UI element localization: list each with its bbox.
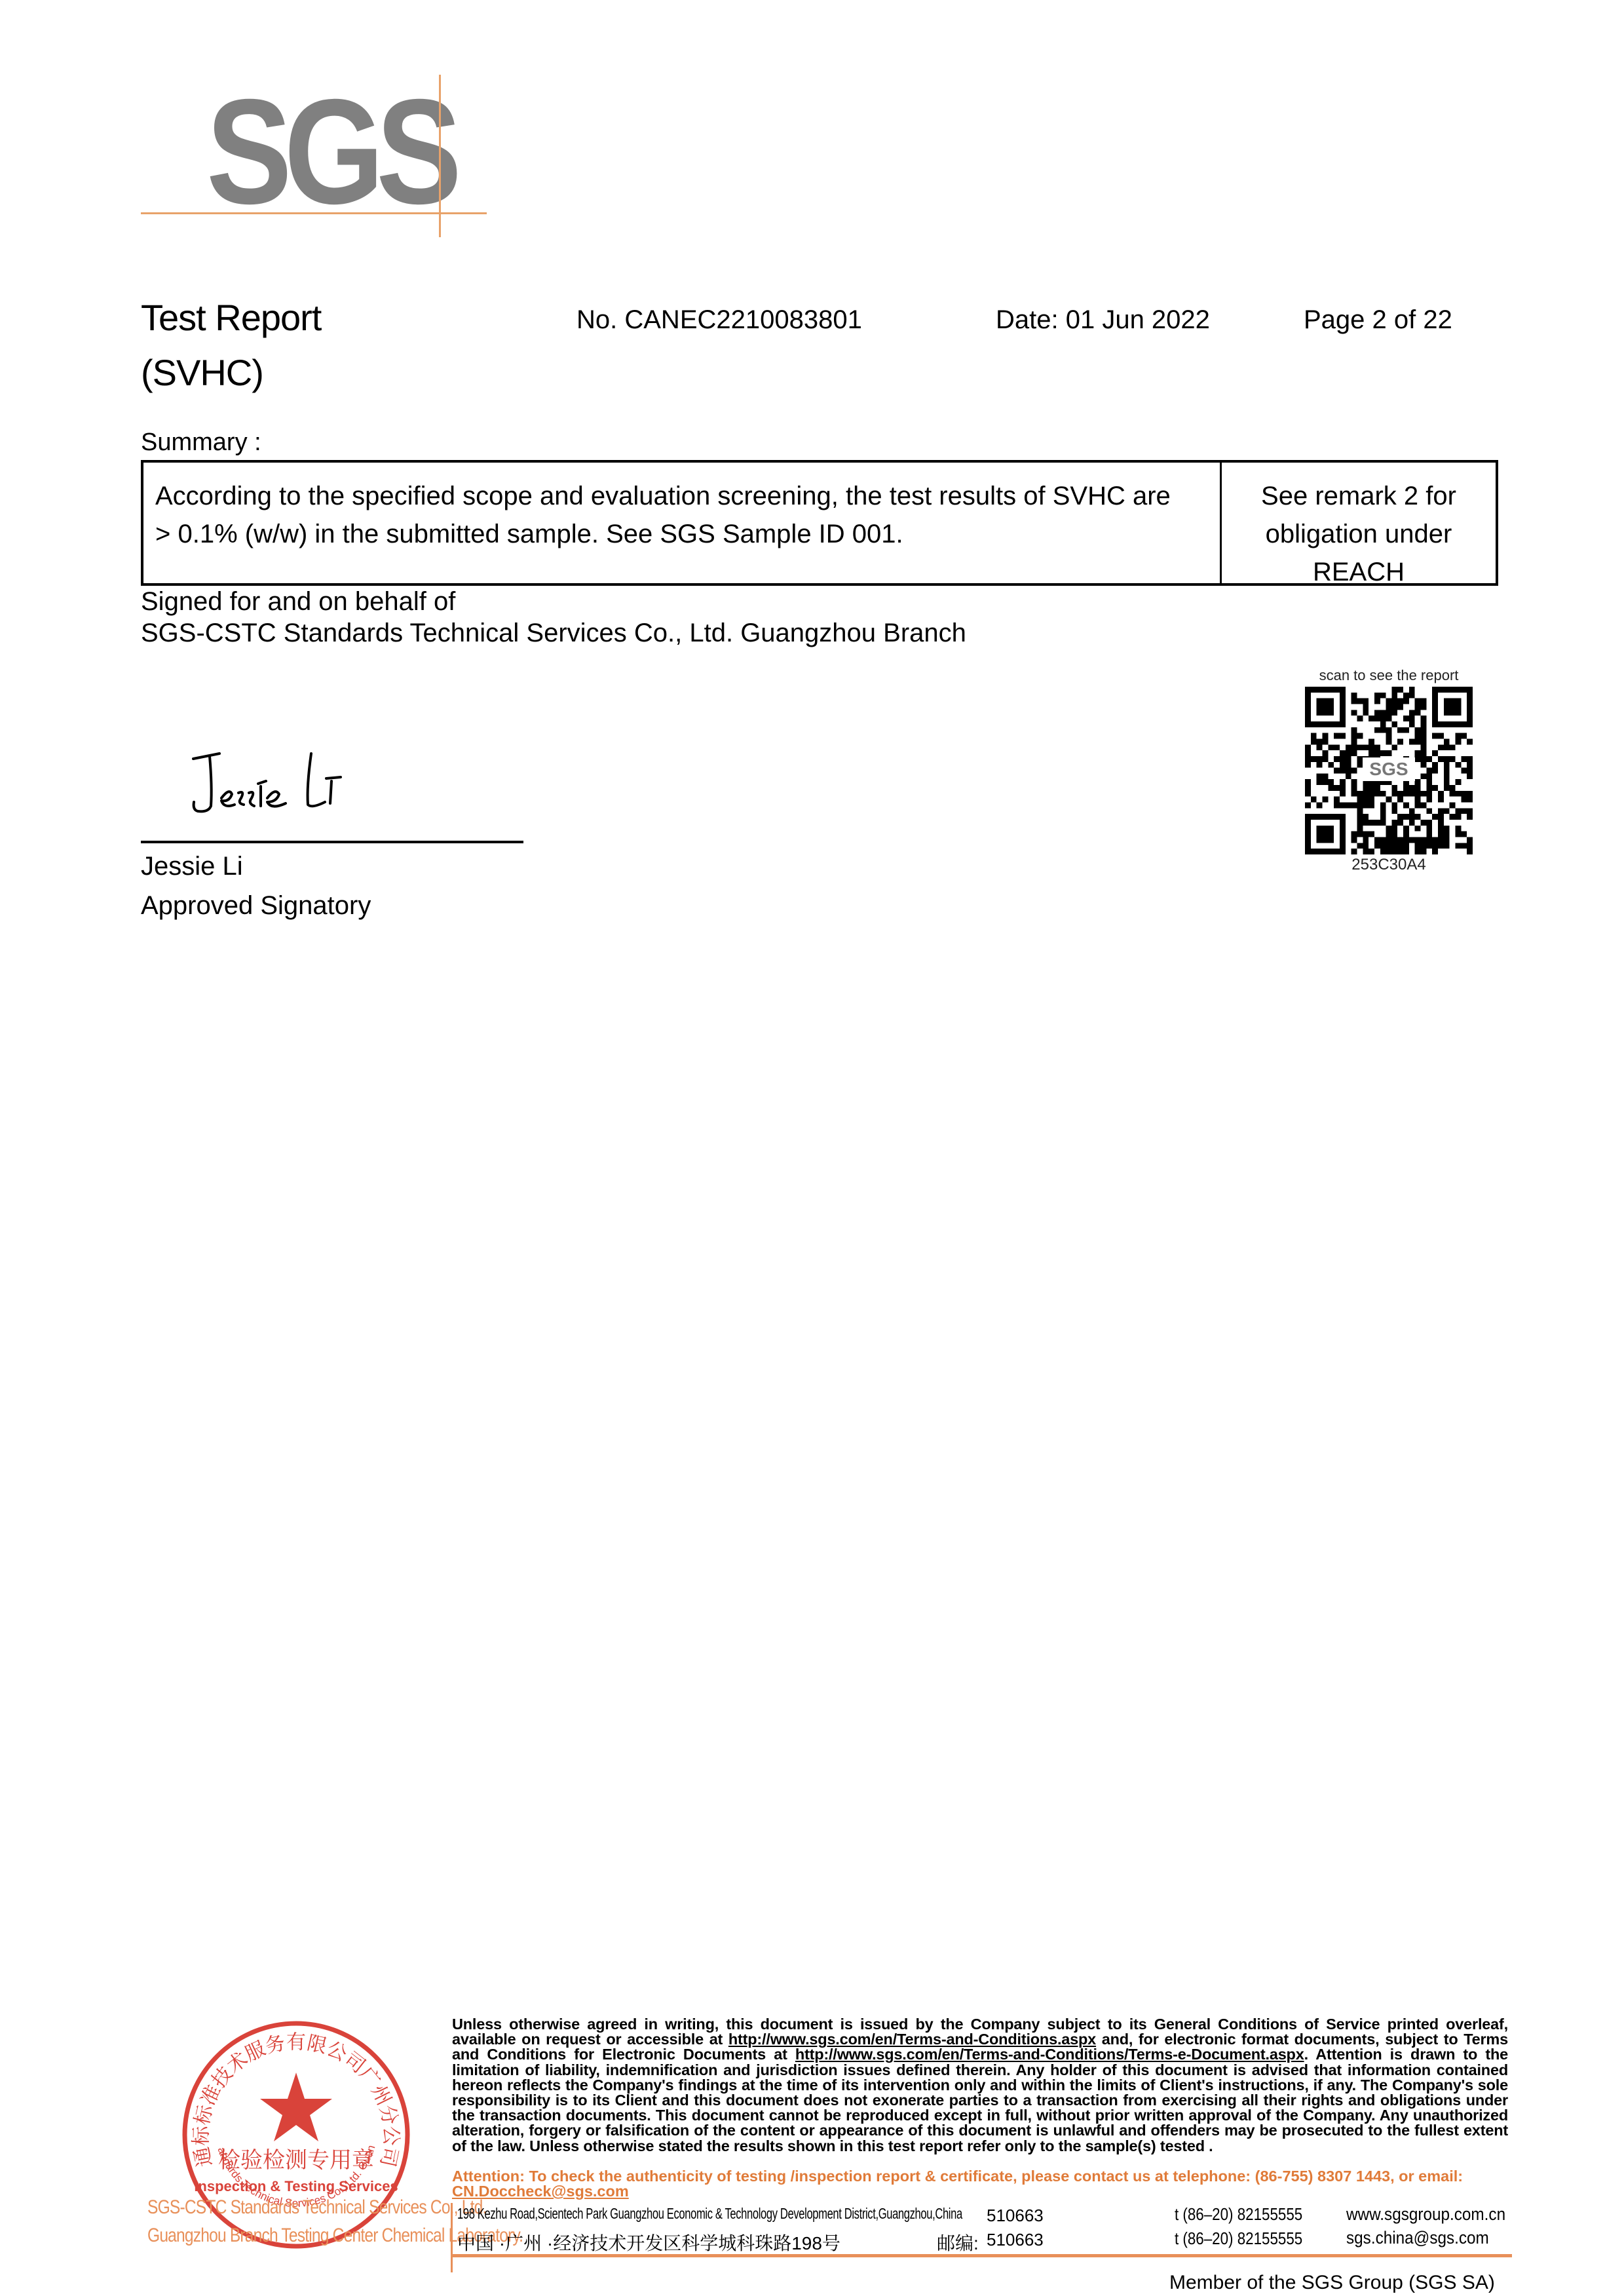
- summary-remark-cell: See remark 2 for obligation under REACH: [1222, 463, 1496, 583]
- signatory-role: Approved Signatory: [141, 891, 371, 921]
- report-title: Test Report: [141, 296, 321, 339]
- logo-vertical-rule: [439, 75, 441, 237]
- svg-text:检验检测专用章: 检验检测专用章: [218, 2147, 374, 2173]
- logo-horizontal-rule: [141, 212, 487, 214]
- signatory-name: Jessie Li: [141, 852, 243, 881]
- summary-remark-line: REACH: [1227, 553, 1490, 591]
- summary-label: Summary :: [141, 429, 261, 457]
- terms-link[interactable]: http://www.sgs.com/en/Terms-and-Conditio…: [728, 2031, 1096, 2048]
- handwritten-signature-icon: [190, 747, 400, 826]
- postal-code-label: 邮编:: [937, 2229, 979, 2255]
- footer-vertical-rule: [451, 2203, 453, 2272]
- qr-code-id: 253C30A4: [1300, 856, 1477, 874]
- report-subtitle: (SVHC): [141, 351, 263, 394]
- contact-email-link[interactable]: sgs.china@sgs.com: [1346, 2228, 1489, 2248]
- website-link[interactable]: www.sgsgroup.com.cn: [1346, 2204, 1505, 2225]
- sgs-logo: SGS: [141, 73, 488, 237]
- e-document-terms-link[interactable]: http://www.sgs.com/en/Terms-and-Conditio…: [795, 2046, 1304, 2063]
- logo-text: SGS: [206, 86, 454, 218]
- report-date: Date: 01 Jun 2022: [996, 305, 1210, 335]
- telephone: t (86–20) 82155555: [1175, 2204, 1302, 2225]
- qr-badge: SGS: [1363, 757, 1415, 781]
- signed-on-behalf: Signed for and on behalf of: [141, 587, 455, 617]
- summary-remark-line: obligation under: [1227, 515, 1490, 553]
- attention-text: Attention: To check the authenticity of …: [452, 2168, 1463, 2185]
- qr-code[interactable]: SGS: [1305, 687, 1473, 854]
- report-number: No. CANEC2210083801: [576, 305, 862, 335]
- qr-block: scan to see the report SGS 253C30A4: [1300, 667, 1477, 874]
- summary-result-cell: According to the specified scope and eva…: [143, 463, 1222, 583]
- doccheck-email-link[interactable]: CN.Doccheck@sgs.com: [452, 2183, 629, 2200]
- svg-text:Inspection & Testing Services: Inspection & Testing Services: [194, 2178, 398, 2194]
- signing-company: SGS-CSTC Standards Technical Services Co…: [141, 619, 966, 648]
- summary-result-line: > 0.1% (w/w) in the submitted sample. Se…: [155, 515, 1208, 553]
- summary-remark-line: See remark 2 for: [1227, 477, 1490, 515]
- company-seal-icon: 通标标准技术服务有限公司广州分公司 SGS-CSTC Standards Tec…: [172, 2010, 421, 2259]
- legal-disclaimer: Unless otherwise agreed in writing, this…: [452, 2017, 1508, 2154]
- qr-caption: scan to see the report: [1300, 667, 1477, 684]
- postal-code-cn: 510663: [987, 2230, 1044, 2250]
- postal-code: 510663: [987, 2206, 1044, 2226]
- telephone: t (86–20) 82155555: [1175, 2229, 1302, 2249]
- lab-name-line1: SGS-CSTC Standards Technical Services Co…: [147, 2196, 486, 2219]
- address-english: 198 Kezhu Road,Scientech Park Guangzhou …: [457, 2205, 962, 2223]
- page-indicator: Page 2 of 22: [1304, 305, 1452, 335]
- disclaimer-text: . Attention is drawn to the limitation o…: [452, 2046, 1508, 2154]
- authenticity-notice: Attention: To check the authenticity of …: [452, 2169, 1508, 2199]
- summary-table: According to the specified scope and eva…: [141, 460, 1498, 586]
- summary-result-line: According to the specified scope and eva…: [155, 477, 1208, 515]
- signature-line: [141, 841, 523, 843]
- address-chinese: 中国 ·广州 ·经济技术开发区科学城科珠路198号: [457, 2229, 840, 2255]
- group-membership: Member of the SGS Group (SGS SA): [1169, 2272, 1495, 2294]
